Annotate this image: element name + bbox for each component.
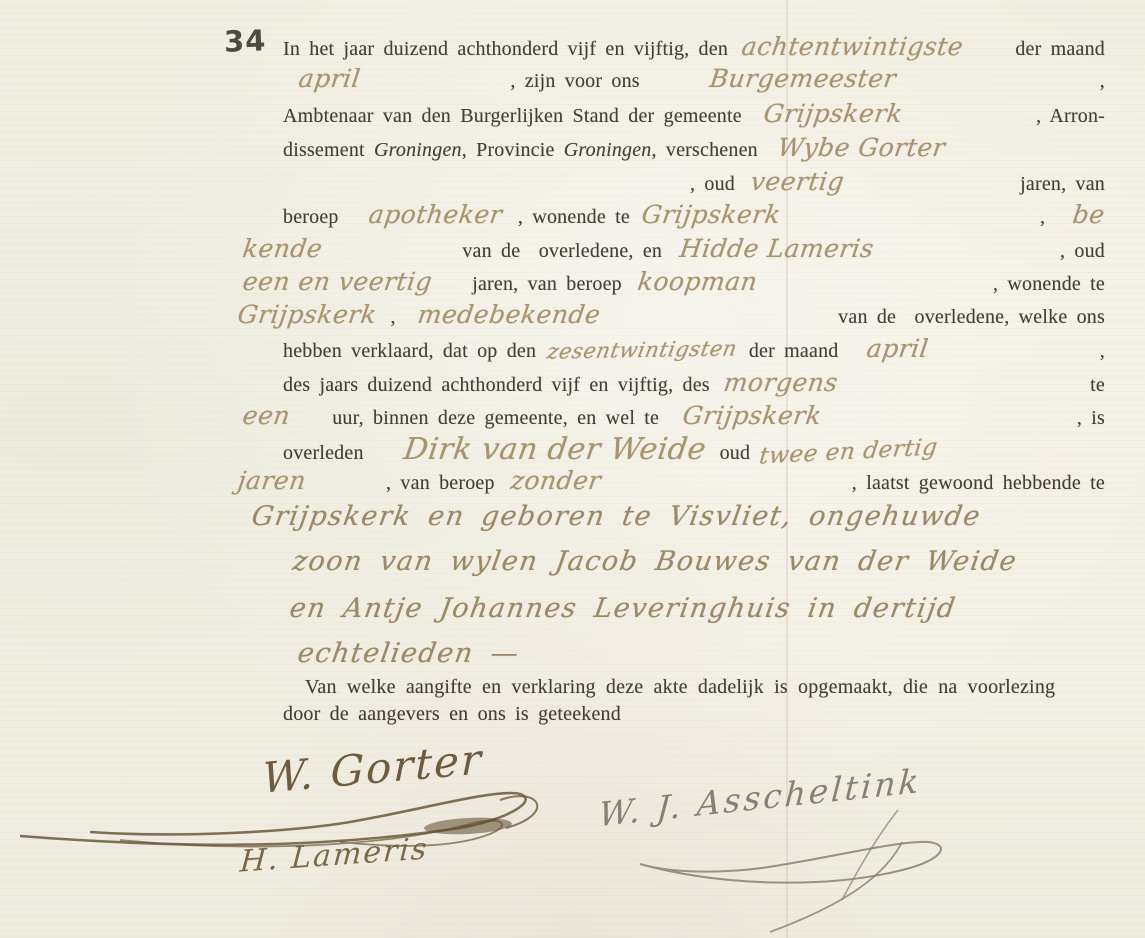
- printed-text: ,: [1100, 340, 1105, 363]
- printed-text: door de aangevers en ons is geteekend: [283, 703, 621, 726]
- act-line-9: Grijpskerk , medebekende van de overlede…: [238, 300, 1105, 329]
- act-line-10: hebben verklaard, dat op den zesentwinti…: [283, 334, 1105, 363]
- printed-text: , oud: [690, 173, 735, 196]
- entry-declarant2-name: Hidde Lameris: [678, 234, 876, 263]
- act-line-2: april , zijn voor ons Burgemeester ,: [283, 64, 1105, 93]
- printed-text: te: [1090, 374, 1105, 397]
- printed-text: , oud: [1060, 240, 1105, 263]
- act-line-7: kende van de overledene, en Hidde Lameri…: [243, 234, 1105, 263]
- entry-act-day: achtentwintigste: [740, 32, 965, 61]
- printed-text: van de overledene, en: [462, 240, 662, 263]
- entry-deceased-details-3: en Antje Johannes Leveringhuis in dertij…: [288, 593, 959, 624]
- printed-text: , wonende te: [518, 206, 630, 229]
- entry-declarant1-age: veertig: [749, 167, 846, 196]
- record-number: 34: [223, 23, 267, 58]
- printed-text: overleden: [283, 442, 364, 465]
- act-line-13: overleden Dirk van der Weide oud twee en…: [283, 432, 1105, 467]
- act-line-20: door de aangevers en ons is geteekend: [283, 703, 621, 726]
- act-line-19: Van welke aangifte en verklaring deze ak…: [305, 676, 1105, 699]
- printed-text: van de overledene, welke ons: [838, 306, 1105, 329]
- printed-text-italic: Groningen: [374, 139, 462, 162]
- printed-text: ,: [1100, 70, 1105, 93]
- act-line-17: en Antje Johannes Leveringhuis in dertij…: [290, 593, 956, 624]
- act-line-15: Grijpskerk en geboren te Visvliet, ongeh…: [252, 501, 981, 532]
- printed-text: , van beroep: [386, 472, 495, 495]
- entry-declarant1-residence: Grijpskerk: [640, 200, 783, 229]
- act-line-1: In het jaar duizend achthonderd vijf en …: [283, 32, 1105, 61]
- printed-text: der maand: [749, 340, 839, 363]
- printed-text: ,: [1040, 206, 1045, 229]
- printed-text: , verschenen: [652, 139, 758, 162]
- act-line-14: jaren , van beroep zonder , laatst gewoo…: [238, 466, 1105, 495]
- death-certificate-scan: 34 In het jaar duizend achthonderd vijf …: [0, 0, 1145, 938]
- entry-declarant1-name: Wybe Gorter: [776, 133, 947, 162]
- act-line-6: beroep apotheker , wonende te Grijpskerk…: [283, 200, 1105, 229]
- printed-text: uur, binnen deze gemeente, en wel te: [332, 407, 659, 430]
- act-line-4: dissement Groningen , Provincie Groninge…: [283, 133, 1105, 162]
- printed-text: , Arron-: [1036, 105, 1105, 128]
- printed-text: , wonende te: [993, 273, 1105, 296]
- printed-text: , Provincie: [462, 139, 564, 162]
- act-line-8: een en veertig jaren, van beroep koopman…: [243, 267, 1105, 296]
- entry-declarant2-occupation: koopman: [636, 267, 760, 296]
- entry-deceased-details-1: Grijpskerk en geboren te Visvliet, ongeh…: [250, 501, 984, 532]
- printed-text-italic: Groningen: [564, 139, 652, 162]
- signature-declarant1: W. Gorter: [262, 734, 483, 803]
- entry-deceased-occupation: zonder: [509, 466, 603, 495]
- printed-text: des jaars duizend achthonderd vijf en vi…: [283, 374, 710, 397]
- entry-declarant1-relation-part1: be: [1071, 200, 1107, 229]
- entry-death-place: Grijpskerk: [681, 401, 824, 430]
- act-line-3: Ambtenaar van den Burgerlijken Stand der…: [283, 99, 1105, 128]
- act-line-12: een uur, binnen deze gemeente, en wel te…: [243, 401, 1105, 430]
- entry-deceased-age: twee en dertig: [758, 434, 939, 469]
- act-line-16: zoon van wylen Jacob Bouwes van der Weid…: [293, 546, 1017, 577]
- entry-declarant2-age: een en veertig: [241, 267, 434, 296]
- printed-text: der maand: [1015, 38, 1105, 61]
- printed-text: jaren, van beroep: [472, 273, 622, 296]
- printed-text: , zijn voor ons: [510, 70, 639, 93]
- entry-gemeente: Grijpskerk: [762, 99, 905, 128]
- entry-declarant1-relation-part2: kende: [241, 234, 324, 263]
- printed-text: In het jaar duizend achthonderd vijf en …: [283, 38, 728, 61]
- pen-flourish-official: [640, 810, 941, 932]
- printed-text: jaren, van: [1020, 173, 1105, 196]
- entry-declarant2-residence: Grijpskerk: [236, 300, 379, 329]
- entry-act-month: april: [297, 64, 362, 93]
- printed-text: Ambtenaar van den Burgerlijken Stand der…: [283, 105, 742, 128]
- entry-declarant1-occupation: apotheker: [367, 200, 504, 229]
- printed-text: , laatst gewoond hebbende te: [852, 472, 1105, 495]
- printed-text: ,: [391, 306, 396, 329]
- printed-text: Van welke aangifte en verklaring deze ak…: [305, 676, 1055, 699]
- entry-declarant2-relation: medebekende: [416, 300, 603, 329]
- act-line-18: echtelieden —: [298, 638, 519, 669]
- printed-text: oud: [720, 442, 751, 465]
- entry-official-title: Burgemeester: [708, 64, 898, 93]
- entry-death-month: april: [864, 334, 929, 363]
- printed-text: beroep: [283, 206, 339, 229]
- printed-text: dissement: [283, 139, 374, 162]
- printed-text: hebben verklaard, dat op den: [283, 340, 536, 363]
- entry-death-day: zesentwintigsten: [546, 336, 740, 363]
- entry-death-daypart: morgens: [722, 368, 840, 397]
- entry-deceased-age-unit: jaren: [236, 466, 308, 495]
- entry-deceased-name: Dirk van der Weide: [401, 432, 708, 467]
- act-line-11: des jaars duizend achthonderd vijf en vi…: [283, 368, 1105, 397]
- entry-deceased-details-2: zoon van wylen Jacob Bouwes van der Weid…: [291, 546, 1020, 577]
- printed-text: , is: [1077, 407, 1105, 430]
- entry-deceased-details-4: echtelieden —: [296, 638, 522, 669]
- signature-official: W. J. Asscheltink: [598, 761, 923, 834]
- act-line-5: , oud veertig jaren, van: [690, 167, 1105, 196]
- signature-declarant2: H. Lameris: [239, 831, 430, 879]
- entry-death-hour: een: [241, 401, 292, 430]
